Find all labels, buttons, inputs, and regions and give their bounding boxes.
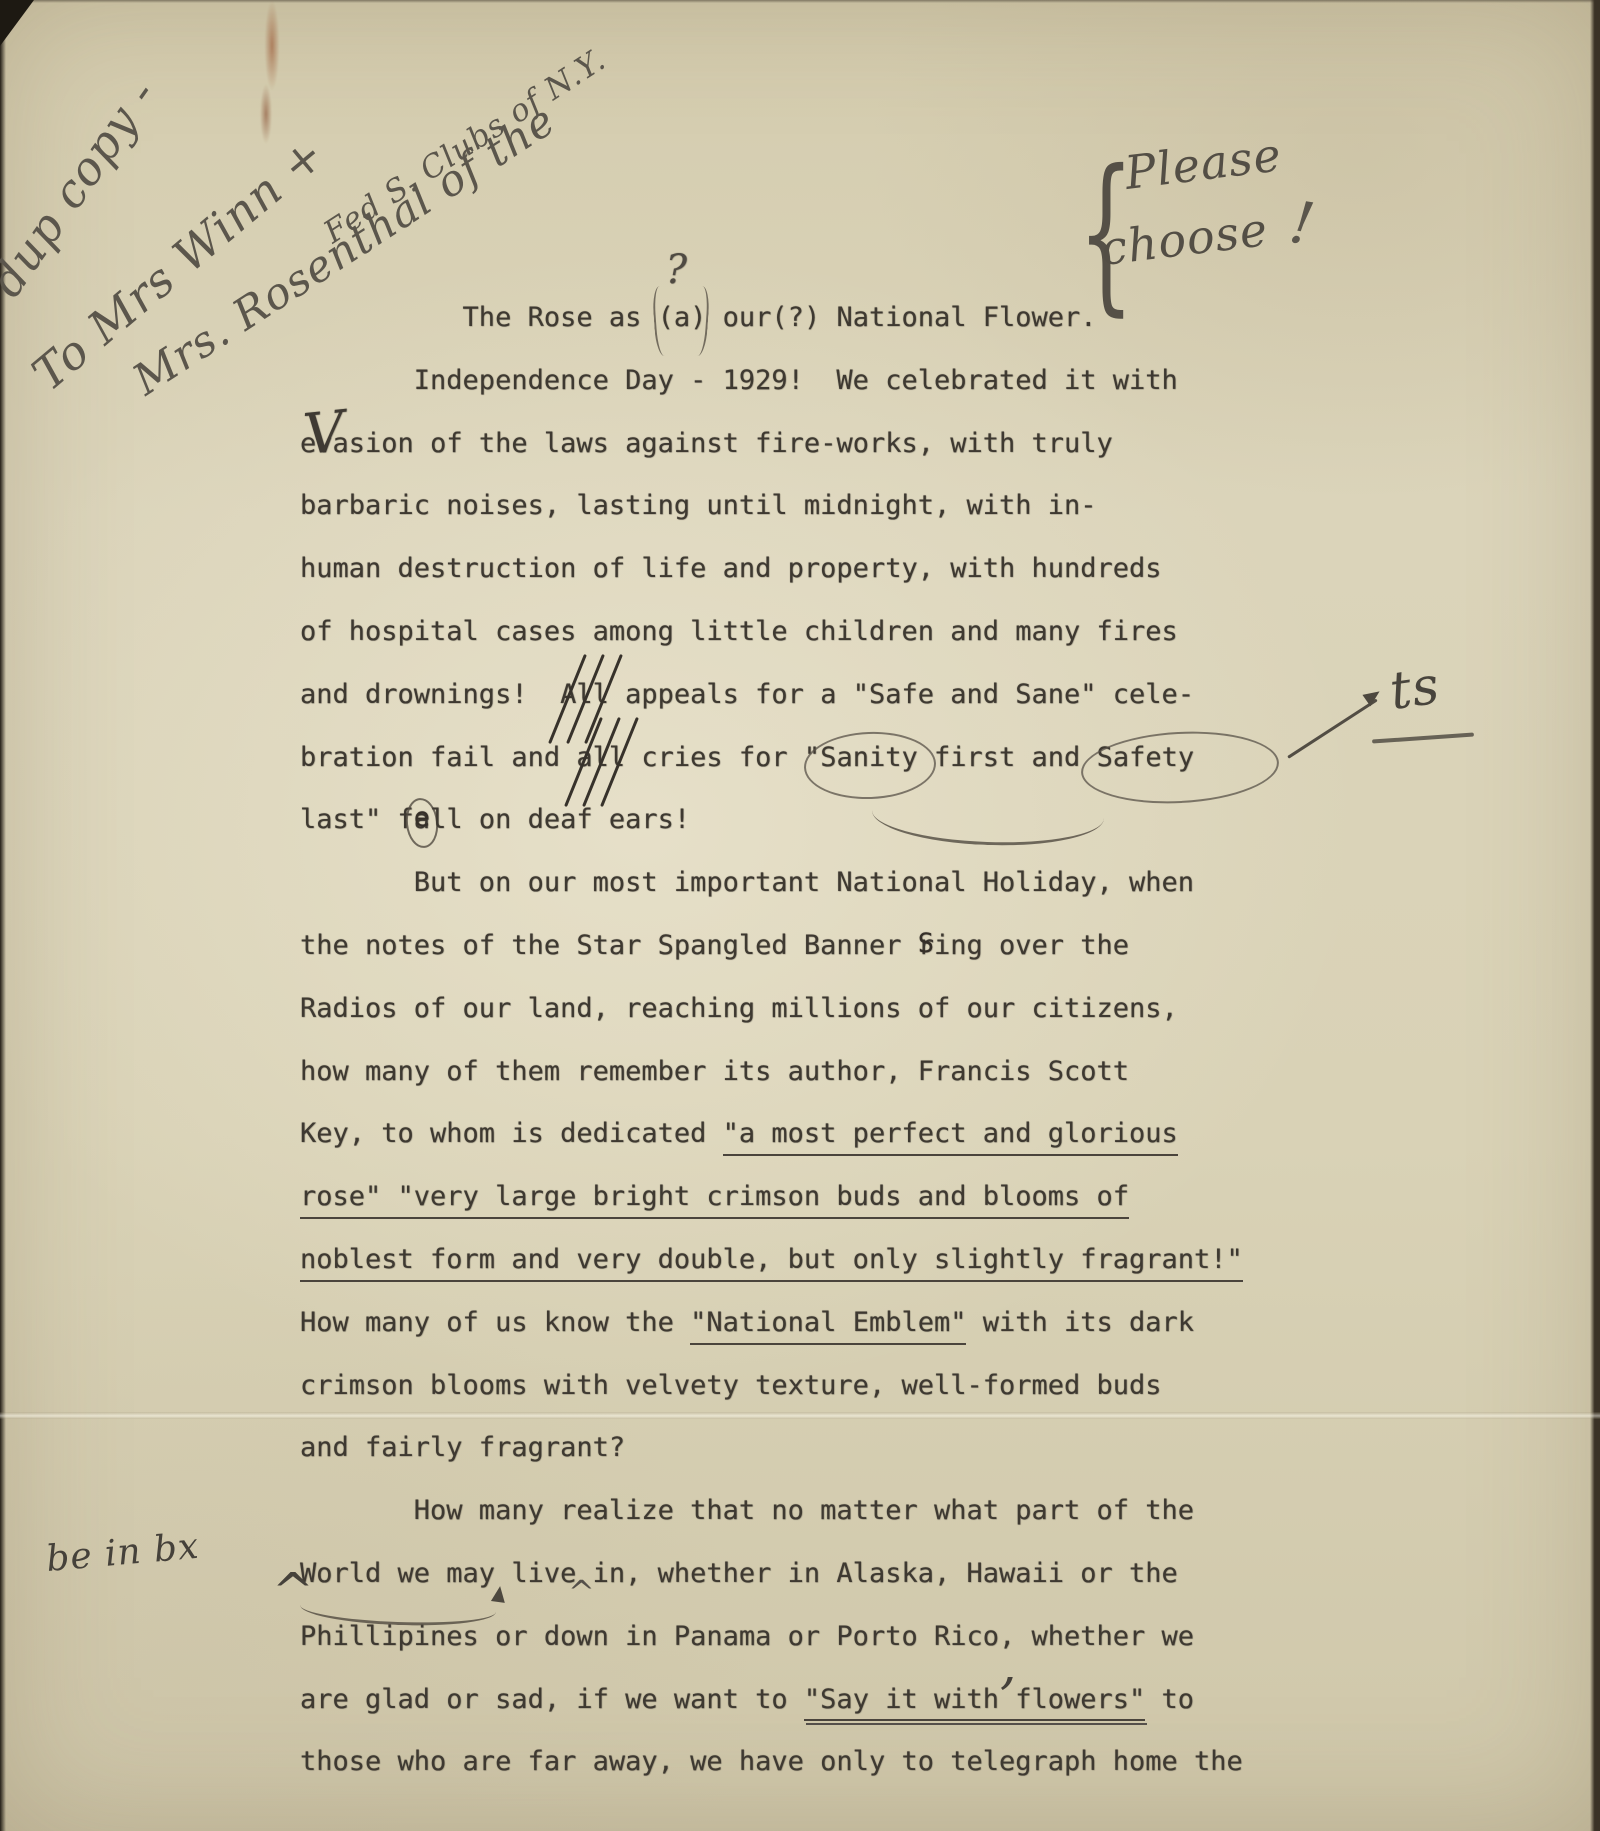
insertion-caret-small: ^ xyxy=(568,1576,596,1608)
typed-text: first and xyxy=(918,742,1097,773)
title-line: The Rose as (a)? our(?) National Flower. xyxy=(300,300,1097,336)
typed-text: and fairly fragrant? xyxy=(300,1432,625,1463)
struck-out-word: All xyxy=(560,679,609,710)
typed-line: Independence Day - 1929! We celebrated i… xyxy=(300,363,1178,399)
typed-line: and drownings! All appeals for a "Safe a… xyxy=(300,677,1194,713)
overstrike-character: S xyxy=(918,926,934,962)
typed-line: How many realize that no matter what par… xyxy=(300,1493,1194,1529)
typed-text: last" f xyxy=(300,804,414,835)
typed-text: appeals for a "Safe and Sane" cele- xyxy=(609,679,1194,710)
insertion-arrow-head xyxy=(491,1585,507,1603)
handwritten-question-mark: ? xyxy=(666,250,687,290)
typed-text: How many of us know the xyxy=(300,1307,690,1338)
typed-line: evVasion of the laws against fire-works,… xyxy=(300,426,1113,462)
typed-text: our(?) National Flower. xyxy=(706,302,1096,333)
typed-line: how many of them remember its author, Fr… xyxy=(300,1054,1129,1090)
inserted-comma: , xyxy=(1000,1640,1018,1692)
underlined-text: "a most perfect and glorious xyxy=(723,1118,1178,1156)
pencil-circle xyxy=(1079,727,1280,808)
struck-out-word: all xyxy=(576,742,625,773)
typed-line: and fairly fragrant? xyxy=(300,1430,625,1466)
typed-text: crimson blooms with velvety texture, wel… xyxy=(300,1370,1162,1401)
typed-text: cries for " xyxy=(625,742,820,773)
typed-text: with its dark xyxy=(966,1307,1194,1338)
typed-text: are glad or sad, if we want to xyxy=(300,1684,804,1715)
typed-line: Key, to whom is dedicated "a most perfec… xyxy=(300,1116,1178,1152)
typed-line: those who are far away, we have only to … xyxy=(300,1744,1243,1780)
typed-text-block: The Rose as (a)? our(?) National Flower.… xyxy=(0,0,1600,1831)
typed-text: and drownings! xyxy=(300,679,560,710)
typed-line: of hospital cases among little children … xyxy=(300,614,1178,650)
typed-line: last" faell on deaf ears! xyxy=(300,802,690,838)
typed-text: The Rose as xyxy=(300,302,658,333)
typed-text: Phillipines or down in Panama or Porto R… xyxy=(300,1621,1194,1652)
underlined-text: "National Emblem" xyxy=(690,1307,966,1345)
underlined-text: rose" "very large bright crimson buds an… xyxy=(300,1181,1129,1219)
typed-text: of hospital cases among little children … xyxy=(300,616,1178,647)
typed-text: asion of the laws against fire-works, wi… xyxy=(333,428,1113,459)
overtyped-character: ae xyxy=(414,802,430,838)
queried-word-choice: (a)? xyxy=(658,302,707,333)
transpose-mark: ts xyxy=(1387,660,1443,718)
typed-line: World we may live in, whether in Alaska,… xyxy=(300,1556,1178,1592)
typed-line: noblest form and very double, but only s… xyxy=(300,1242,1243,1278)
typed-text: Radios of our land, reaching millions of… xyxy=(300,993,1178,1024)
typed-text: bration fail and xyxy=(300,742,576,773)
typed-text: ing over the xyxy=(934,930,1129,961)
underlined-text: noblest form and very double, but only s… xyxy=(300,1244,1243,1282)
typed-line: are glad or sad, if we want to "Say it w… xyxy=(300,1682,1194,1718)
typed-line: crimson blooms with velvety texture, wel… xyxy=(300,1368,1162,1404)
typed-text: But on our most important National Holid… xyxy=(300,867,1194,898)
circled-word: Safety xyxy=(1097,742,1195,773)
pencil-paren-left xyxy=(651,286,672,357)
typed-text: those who are far away, we have only to … xyxy=(300,1746,1243,1777)
typed-text: barbaric noises, lasting until midnight,… xyxy=(300,490,1097,521)
typed-text: Key, to whom is dedicated xyxy=(300,1118,723,1149)
typed-text: Independence Day - 1929! We celebrated i… xyxy=(300,365,1178,396)
typed-text: How many realize that no matter what par… xyxy=(300,1495,1194,1526)
typed-line: barbaric noises, lasting until midnight,… xyxy=(300,488,1097,524)
typescript-page: The Rose as (a)? our(?) National Flower.… xyxy=(0,0,1600,1831)
corrected-letter: vV xyxy=(316,428,332,459)
typed-text: World we may live in, whether in Alaska,… xyxy=(300,1558,1178,1589)
typed-text: to xyxy=(1145,1684,1194,1715)
circled-word: Sanity xyxy=(820,742,918,773)
typed-line: the notes of the Star Spangled Banner rS… xyxy=(300,928,1129,964)
typed-line: How many of us know the "National Emblem… xyxy=(300,1305,1194,1341)
typed-text: human destruction of life and property, … xyxy=(300,553,1162,584)
typed-line: Radios of our land, reaching millions of… xyxy=(300,991,1178,1027)
double-underlined-text: "Say it with flowers" xyxy=(804,1684,1145,1721)
typed-text: ll on deaf ears! xyxy=(430,804,690,835)
typed-line: bration fail and all cries for "Sanity f… xyxy=(300,740,1194,776)
typed-line: rose" "very large bright crimson buds an… xyxy=(300,1179,1129,1215)
typed-text: how many of them remember its author, Fr… xyxy=(300,1056,1129,1087)
typed-line: But on our most important National Holid… xyxy=(300,865,1194,901)
overtyped-character: rS xyxy=(918,928,934,964)
typed-line: human destruction of life and property, … xyxy=(300,551,1162,587)
typed-text: the notes of the Star Spangled Banner xyxy=(300,930,918,961)
deletion-slash xyxy=(566,654,605,744)
